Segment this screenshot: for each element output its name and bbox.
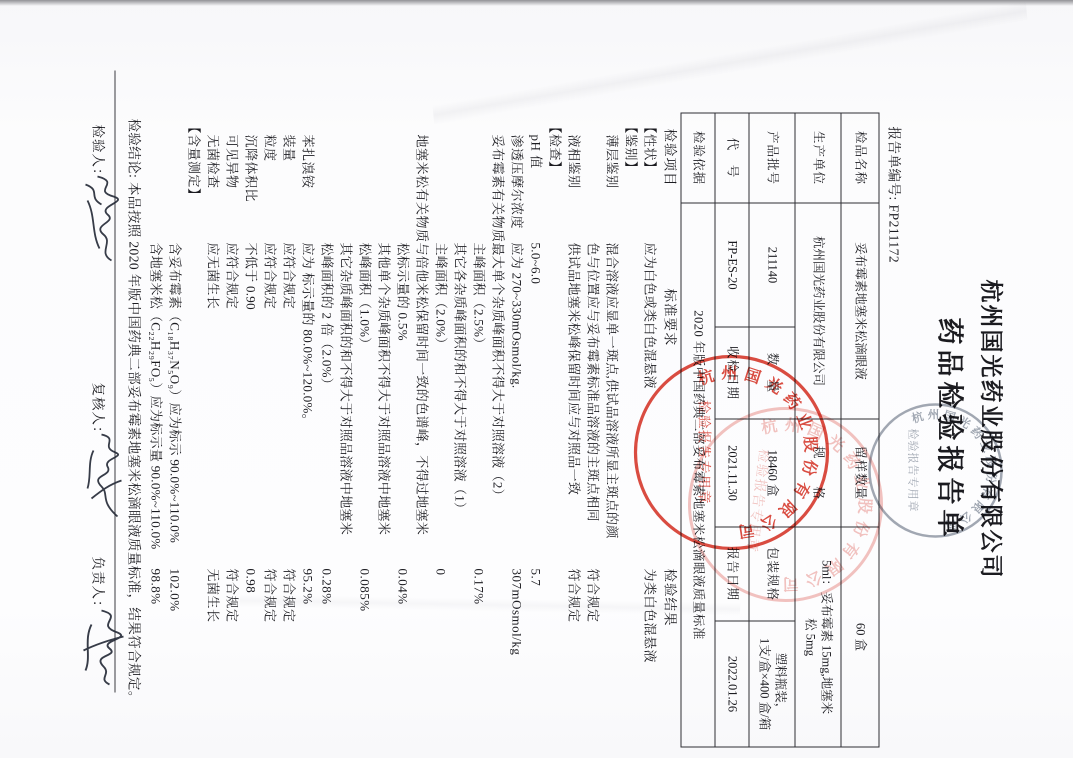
test-standard-requirement: 应符合规定 [279,242,298,568]
test-standard-requirement: 松峰面积（1.0%） [355,242,374,568]
column-header-standard: 标准要求 [661,288,681,346]
test-item-label: 渗透压摩尔浓度 [507,120,526,242]
test-standard-requirement: 不低于 0.90 [241,242,260,568]
code-label: 代 号 [715,113,749,203]
report-number-label: 报告单编号: [886,126,901,204]
test-line: 粒度 应符合规定 符合规定 [260,120,279,748]
test-item-label: 【含量测定】 [184,120,203,242]
pack-spec-line1: 塑料瓶装， [772,623,788,744]
test-standard-requirement: 应无菌生长 [203,242,222,568]
test-standard-requirement: 应为 标示量的 80.0%~120.0%。 [298,242,317,568]
test-standard-requirement: 其他单个杂质峰面积不得大于对照品溶液中地塞米 [374,242,393,568]
gray-seal-center-text: 检验报告专用章 [906,428,920,512]
test-item-label [374,120,393,242]
test-line: 其它各杂质峰面积的和不得大于对照溶液（1） [450,120,469,748]
basis-label: 检验依据 [681,113,715,203]
pack-spec-line2: 1支/盒×400 盒/箱 [756,623,772,744]
sample-name-value: 妥布霉素地塞米松滴眼液 [841,203,879,419]
test-item-label: 妥布霉素有关物质 [488,120,507,242]
test-item-label [583,120,602,242]
test-line: 无菌检查 应无菌生长 无菌生长 [203,120,222,748]
test-result: 98.8% [146,568,165,748]
test-line: 沉降体积比 不低于 0.90 0.98 [241,120,260,748]
test-standard-requirement: 松峰面积的 2 倍（2.0%） [317,242,336,568]
reviewer-signature-scribble [79,428,131,524]
test-line: 主峰面积（2.5%） 0.17% [469,120,488,748]
test-line: pH 值 5.0~6.0 5.7 [526,120,545,748]
test-item-label: 沉降体积比 [241,120,260,242]
test-standard-requirement: 5.0~6.0 [526,242,545,568]
test-standard-requirement: 松标示量的 0.5% [393,242,412,568]
test-standard-requirement: 应为 270~330mOsmol/kg. [507,242,526,568]
inspector-signature-block: 检验人： [89,124,109,182]
test-item-label [450,120,469,242]
report-number: 报告单编号: FP211172 [885,126,905,263]
test-standard-requirement: 混合溶液应显单一斑点,供试品溶液所显主斑点的颜 [602,242,621,568]
test-standard-requirement: 主峰面积（2.5%） [469,242,488,568]
test-standard-requirement: 主峰面积（2.0%） [431,242,450,568]
test-line: 松峰面积（1.0%） 0.085% [355,120,374,748]
test-item-label [355,120,374,242]
test-item-label: 【检查】 [545,120,564,242]
test-standard-requirement: 含地塞米松（C₂₂H₂₉FO₅）应为标示量 90.0%~110.0% [146,242,165,568]
test-result: 无菌生长 [203,568,222,748]
red-seal-faint-center-text: 检验报告专用章 [744,448,773,554]
test-item-label [431,120,450,242]
test-line: 松标示量的 0.5% 0.04% [393,120,412,748]
test-result [184,568,203,748]
test-line: 地塞米松有关物质 与倍他米松保留时间一致的色谱峰，不得过地塞米 [412,120,431,748]
test-line: 含地塞米松（C₂₂H₂₉FO₅）应为标示量 90.0%~110.0% 98.8% [146,120,165,748]
batch-value: 211140 [749,203,795,327]
test-line: 【含量测定】 [184,120,203,748]
scan-edge-artifact [0,0,1073,6]
test-result: 102.0% [165,568,184,748]
test-item-label: 可见异物 [222,120,241,242]
test-result: 符合规定 [222,568,241,748]
test-item-label: 地塞米松有关物质 [412,120,431,242]
code-value: FP-ES-20 [715,203,749,327]
test-standard-requirement: 应符合规定 [260,242,279,568]
test-item-label: 【性状】 [640,120,659,242]
test-standard-requirement: 含妥布霉素（C₁₈H₃₇N₅O₉）应为标示 90.0%~110.0% [165,242,184,568]
test-standard-requirement: 其它杂质峰面积的和不得大于对照品溶液中地塞米 [336,242,355,568]
test-item-label: 无菌检查 [203,120,222,242]
pack-spec-value: 塑料瓶装， 1支/盒×400 盒/箱 [749,621,795,747]
supervisor-signature-block: 负责人： [89,556,109,614]
test-line: 含妥布霉素（C₁₈H₃₇N₅O₉）应为标示 90.0%~110.0% 102.0… [165,120,184,748]
test-line: 妥布霉素有关物质 最大单个杂质峰面积不得大于对照溶液（2） [488,120,507,748]
column-header-item: 检验项目 [661,128,681,186]
test-standard-requirement: 与倍他米松保留时间一致的色谱峰，不得过地塞米 [412,242,431,568]
gray-report-seal: 杭州国光药业股份有限公司 检验报告专用章 [855,390,1015,550]
test-standard-requirement: 色与位置应与妥布霉素标准品溶液的主斑点相同 [583,242,602,568]
test-item-label: 【鉴别】 [621,120,640,242]
reviewer-signature-block: 复核人： [89,382,109,440]
test-line: 其他单个杂质峰面积不得大于对照品溶液中地塞米 [374,120,393,748]
test-item-label [393,120,412,242]
test-item-label: pH 值 [526,120,545,242]
test-item-label: 苯扎溴铵 [298,120,317,242]
supervisor-signature-scribble [75,602,131,692]
test-standard-requirement: 供试品地塞米松峰保留时间应与对照品一致 [564,242,583,568]
manufacturer-label: 生产单位 [795,113,841,203]
batch-label: 产品批号 [749,113,795,203]
test-line: 松峰面积的 2 倍（2.0%） 0.28% [317,120,336,748]
test-standard-requirement: 其它各杂质峰面积的和不得大于对照溶液（1） [450,242,469,568]
test-item-label: 液相鉴别 [564,120,583,242]
test-line: 苯扎溴铵 应为 标示量的 80.0%~120.0%。 95.2% [298,120,317,748]
test-item-label: 粒度 [260,120,279,242]
test-line: 装量 应符合规定 符合规定 [279,120,298,748]
test-item-label [336,120,355,242]
test-line: 渗透压摩尔浓度 应为 270~330mOsmol/kg. 307mOsmol/k… [507,120,526,748]
signature-divider-line [114,70,115,692]
test-item-label [317,120,336,242]
test-standard-requirement: 最大单个杂质峰面积不得大于对照溶液（2） [488,242,507,568]
test-item-label: 装量 [279,120,298,242]
report-number-value: FP211172 [886,204,901,263]
test-standard-requirement [545,242,564,568]
sample-name-label: 检品名称 [841,113,879,203]
test-item-label [469,120,488,242]
test-item-label [165,120,184,242]
test-line: 可见异物 应符合规定 符合规定 [222,120,241,748]
test-item-label: 薄层鉴别 [602,120,621,242]
test-line: 其它杂质峰面积的和不得大于对照品溶液中地塞米 [336,120,355,748]
inspector-signature-scribble [79,170,131,266]
scanned-inspection-report: 杭州国光药业股份有限公司 药品检验报告单 报告单编号: FP211172 检品名… [0,0,1073,758]
test-standard-requirement: 应符合规定 [222,242,241,568]
test-item-label [146,120,165,242]
test-standard-requirement [184,242,203,568]
test-line: 主峰面积（2.0%） 0 [431,120,450,748]
